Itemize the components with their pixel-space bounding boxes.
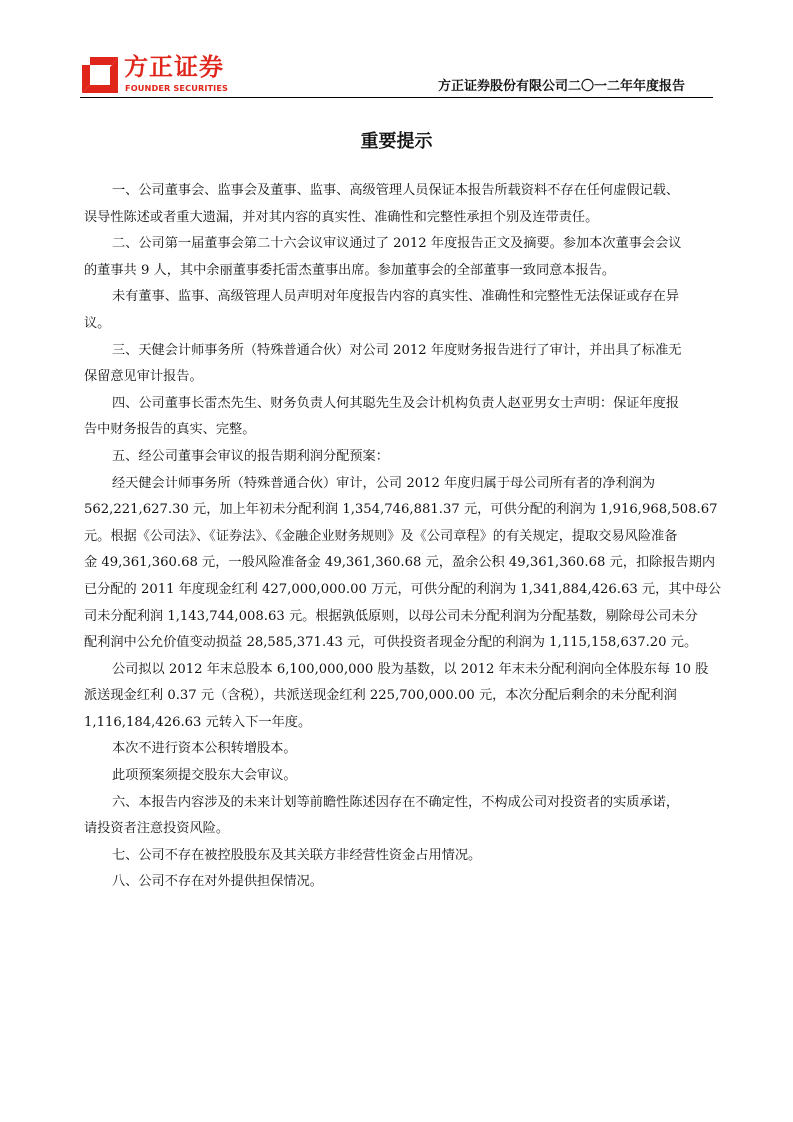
text-line: 未有董事、监事、高级管理人员声明对年度报告内容的真实性、准确性和完整性无法保证或… [84, 284, 714, 311]
document-body: 一、公司董事会、监事会及董事、监事、高级管理人员保证本报告所载资料不存在任何虚假… [84, 178, 714, 896]
text-line: 议。 [84, 311, 714, 338]
text-line: 五、经公司董事会审议的报告期利润分配预案： [84, 444, 714, 471]
text-line: 经天健会计师事务所（特殊普通合伙）审计，公司 2012 年度归属于母公司所有者的… [84, 471, 714, 498]
company-logo: 方正证券 FOUNDER SECURITIES [82, 53, 232, 95]
text-line: 的董事共 9 人，其中余丽董事委托雷杰董事出席。参加董事会的全部董事一致同意本报… [84, 258, 714, 285]
text-line: 七、公司不存在被控股股东及其关联方非经营性资金占用情况。 [84, 843, 714, 870]
text-line: 告中财务报告的真实、完整。 [84, 417, 714, 444]
text-line: 司未分配利润 1,143,744,008.63 元。根据孰低原则，以母公司未分配… [84, 604, 714, 631]
text-line: 金 49,361,360.68 元，一般风险准备金 49,361,360.68 … [84, 550, 714, 577]
text-line: 请投资者注意投资风险。 [84, 816, 714, 843]
logo-chinese-name: 方正证券 [124, 53, 224, 81]
header-divider [80, 97, 713, 98]
page-title: 重要提示 [0, 131, 793, 153]
text-line: 本次不进行资本公积转增股本。 [84, 736, 714, 763]
founder-logo-icon [82, 57, 118, 93]
text-line: 一、公司董事会、监事会及董事、监事、高级管理人员保证本报告所载资料不存在任何虚假… [84, 178, 714, 205]
report-title: 方正证券股份有限公司二〇一二年年度报告 [438, 79, 685, 95]
text-line: 三、天健会计师事务所（特殊普通合伙）对公司 2012 年度财务报告进行了审计，并… [84, 338, 714, 365]
logo-english-name: FOUNDER SECURITIES [125, 83, 228, 93]
page-header: 方正证券 FOUNDER SECURITIES 方正证券股份有限公司二〇一二年年… [82, 53, 715, 99]
text-line: 此项预案须提交股东大会审议。 [84, 763, 714, 790]
text-line: 二、公司第一届董事会第二十六会议审议通过了 2012 年度报告正文及摘要。参加本… [84, 231, 714, 258]
text-line: 误导性陈述或者重大遗漏，并对其内容的真实性、准确性和完整性承担个别及连带责任。 [84, 205, 714, 232]
text-line: 六、本报告内容涉及的未来计划等前瞻性陈述因存在不确定性，不构成公司对投资者的实质… [84, 790, 714, 817]
text-line: 保留意见审计报告。 [84, 364, 714, 391]
text-line: 已分配的 2011 年度现金红利 427,000,000.00 万元，可供分配的… [84, 577, 714, 604]
text-line: 八、公司不存在对外提供担保情况。 [84, 869, 714, 896]
text-line: 1,116,184,426.63 元转入下一年度。 [84, 710, 714, 737]
text-line: 562,221,627.30 元，加上年初未分配利润 1,354,746,881… [84, 497, 714, 524]
text-line: 元。根据《公司法》、《证券法》、《金融企业财务规则》及《公司章程》的有关规定，提… [84, 524, 714, 551]
text-line: 配利润中公允价值变动损益 28,585,371.43 元，可供投资者现金分配的利… [84, 630, 714, 657]
text-line: 四、公司董事长雷杰先生、财务负责人何其聪先生及会计机构负责人赵亚男女士声明：保证… [84, 391, 714, 418]
text-line: 公司拟以 2012 年末总股本 6,100,000,000 股为基数，以 201… [84, 657, 714, 684]
text-line: 派送现金红利 0.37 元（含税），共派送现金红利 225,700,000.00… [84, 683, 714, 710]
